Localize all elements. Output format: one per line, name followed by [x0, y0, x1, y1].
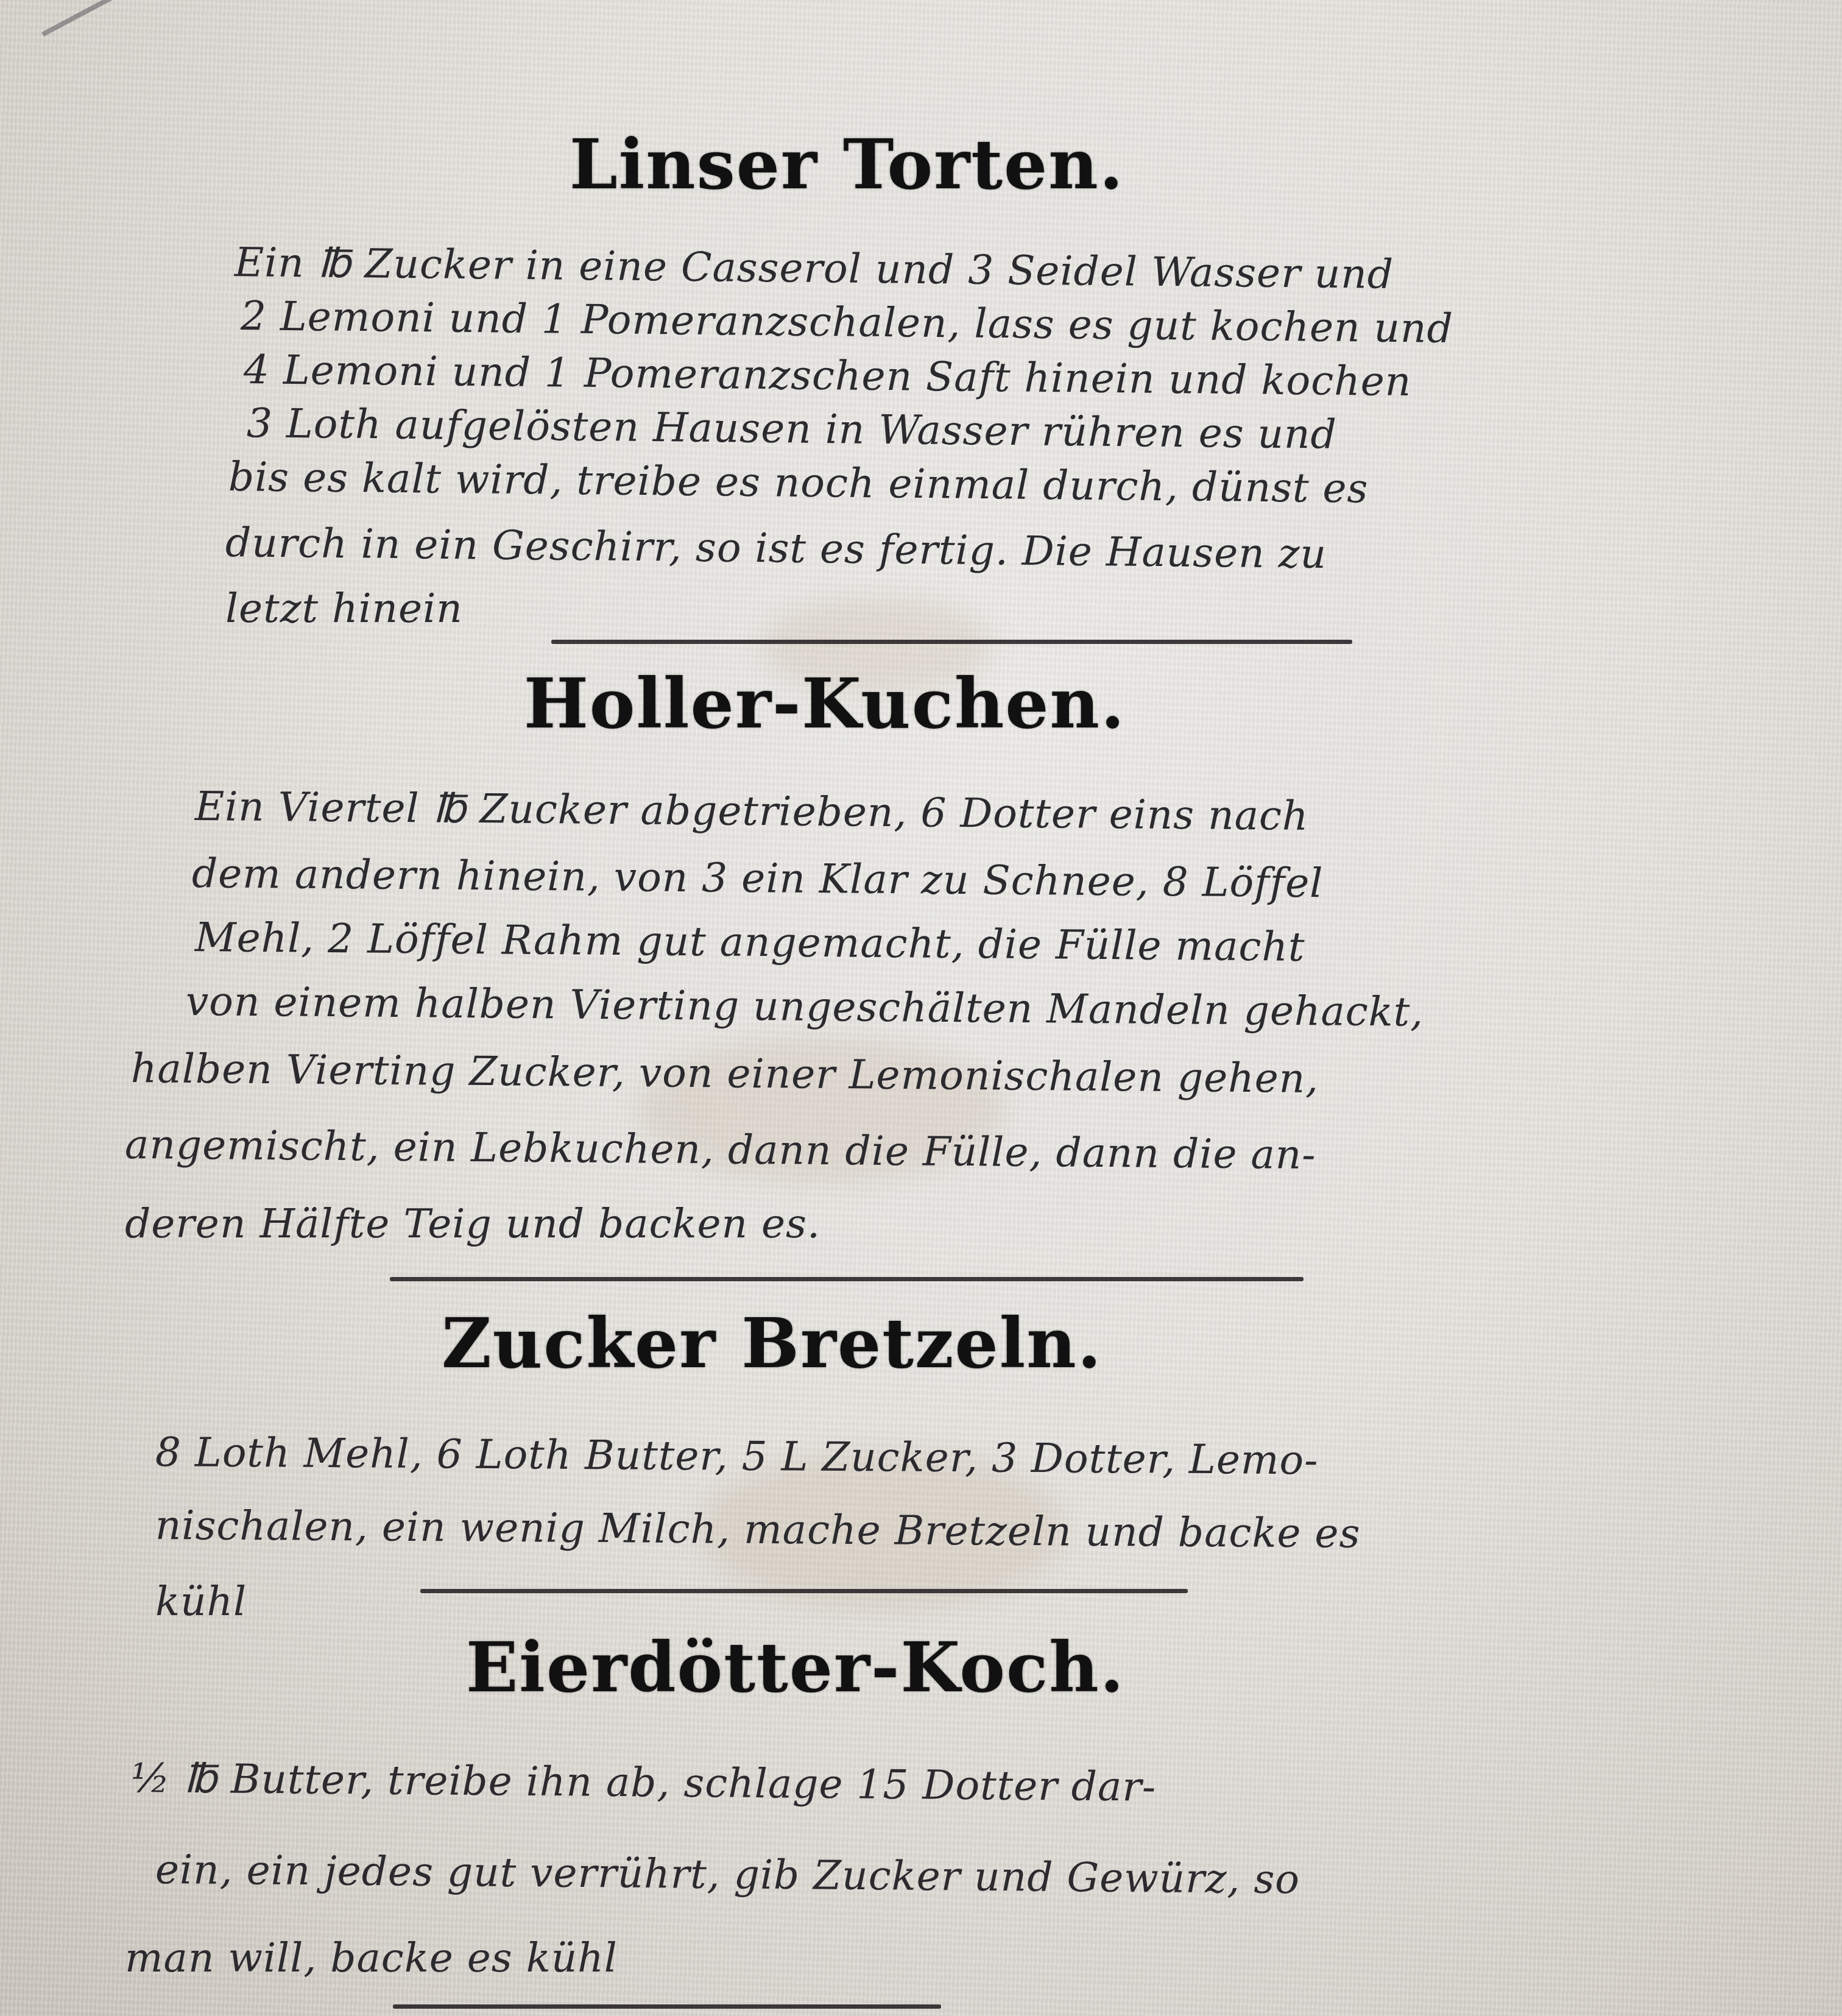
recipe-line: deren Hälfte Teig und backen es.: [125, 1200, 820, 1247]
section-divider: [393, 2004, 941, 2009]
section-divider: [551, 640, 1352, 644]
recipe-line: letzt hinein: [225, 585, 463, 632]
recipe-line: Ein Viertel ℔ Zucker abgetrieben, 6 Dott…: [195, 783, 1309, 840]
recipe-title: Eierdötter-Koch.: [466, 1628, 1125, 1708]
recipe-line: durch in ein Geschirr, so ist es fertig.…: [225, 519, 1327, 578]
recipe-line: von einem halben Vierting ungeschälten M…: [186, 978, 1424, 1036]
recipe-title: Linser Torten.: [570, 125, 1124, 205]
recipe-line: kühl: [155, 1578, 247, 1625]
recipe-line: 8 Loth Mehl, 6 Loth Butter, 5 L Zucker, …: [155, 1429, 1319, 1484]
recipe-line: 4 Lemoni und 1 Pomeranzschen Saft hinein…: [244, 346, 1412, 405]
section-divider: [390, 1277, 1304, 1281]
recipe-line: 2 Lemoni und 1 Pomeranzschalen, lass es …: [241, 292, 1454, 352]
section-divider: [420, 1589, 1188, 1593]
recipe-line: ½ ℔ Butter, treibe ihn ab, schlage 15 Do…: [131, 1755, 1157, 1811]
recipe-line: man will, backe es kühl: [125, 1934, 618, 1981]
recipe-line: ein, ein jedes gut verrührt, gib Zucker …: [155, 1846, 1300, 1903]
recipe-line: dem andern hinein, von 3 ein Klar zu Sch…: [192, 850, 1324, 907]
recipe-title: Holler-Kuchen.: [524, 664, 1126, 744]
recipe-line: Ein ℔ Zucker in eine Casserol und 3 Seid…: [235, 239, 1394, 298]
recipe-line: Mehl, 2 Löffel Rahm gut angemacht, die F…: [195, 914, 1305, 971]
recipe-title: Zucker Bretzeln.: [442, 1304, 1103, 1384]
recipe-line: nischalen, ein wenig Milch, mache Bretze…: [155, 1502, 1361, 1557]
recipe-line: halben Vierting Zucker, von einer Lemoni…: [131, 1045, 1319, 1102]
corner-ink-mark: [24, 0, 130, 37]
recipe-line: 3 Loth aufgelösten Hausen in Wasser rühr…: [247, 400, 1338, 458]
recipe-line: angemischt, ein Lebkuchen, dann die Füll…: [125, 1121, 1316, 1178]
recipe-line: bis es kalt wird, treibe es noch einmal …: [228, 453, 1369, 512]
manuscript-page: Linser Torten. Ein ℔ Zucker in eine Cass…: [0, 0, 1842, 2016]
